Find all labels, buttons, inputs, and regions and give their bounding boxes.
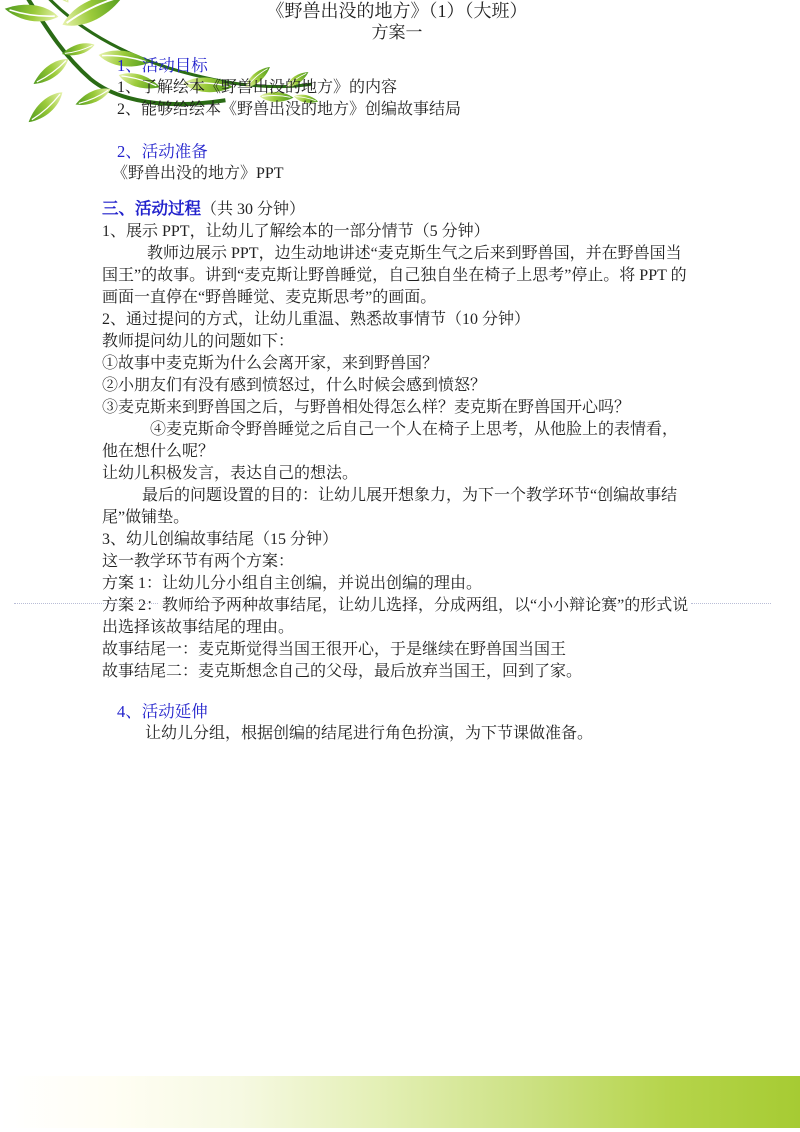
section-activity-extension: 4、活动延伸 让幼儿分组，根据创编的结尾进行角色扮演，为下节课做准备。 [117, 701, 692, 745]
step1-title: 1、展示 PPT，让幼儿了解绘本的一部分情节（5 分钟） [102, 221, 692, 243]
question-4: ④麦克斯命令野兽睡觉之后自己一个人在椅子上思考，从他脸上的表情看，他在想什么呢？ [102, 419, 692, 463]
process-heading-duration: （共 30 分钟） [201, 201, 305, 218]
step3-option-1: 方案 1：让幼儿分小组自主创编，并说出创编的理由。 [102, 573, 692, 595]
step2-title: 2、通过提问的方式，让幼儿重温、熟悉故事情节（10 分钟） [102, 309, 692, 331]
section-heading-preparation: 2、活动准备 [117, 141, 692, 163]
document-page: 《野兽出没的地方》（1）（大班） 方案一 1、活动目标 1、了解绘本《野兽出没的… [0, 0, 800, 1132]
goal-item-1: 1、了解绘本《野兽出没的地方》的内容 [117, 77, 692, 99]
step3-ending-2: 故事结尾二：麦克斯想念自己的父母，最后放弃当国王，回到了家。 [102, 661, 692, 683]
question-2: ②小朋友们有没有感到愤怒过，什么时候会感到愤怒？ [102, 375, 692, 397]
plan-subtitle: 方案一 [102, 22, 692, 44]
question-1: ①故事中麦克斯为什么会离开家，来到野兽国？ [102, 353, 692, 375]
section-activity-preparation: 2、活动准备 《野兽出没的地方》PPT [117, 141, 692, 185]
step3-ending-1: 故事结尾一：麦克斯觉得当国王很开心，于是继续在野兽国当国王 [102, 639, 692, 661]
step1-paragraph: 教师边展示 PPT，边生动地讲述“麦克斯生气之后来到野兽国，并在野兽国当国王”的… [102, 243, 692, 309]
preparation-item: 《野兽出没的地方》PPT [112, 163, 692, 185]
section-activity-process: 三、活动过程（共 30 分钟） 1、展示 PPT，让幼儿了解绘本的一部分情节（5… [102, 198, 692, 683]
question-3: ③麦克斯来到野兽国之后，与野兽相处得怎么样？麦克斯在野兽国开心吗？ [102, 397, 692, 419]
extension-item: 让幼儿分组，根据创编的结尾进行角色扮演，为下节课做准备。 [117, 723, 692, 745]
section-heading-process: 三、活动过程（共 30 分钟） [102, 198, 692, 221]
section-activity-goals: 1、活动目标 1、了解绘本《野兽出没的地方》的内容 2、能够给绘本《野兽出没的地… [117, 55, 692, 121]
step2-note-2: 最后的问题设置的目的：让幼儿展开想象力，为下一个教学环节“创编故事结尾”做铺垫。 [102, 485, 692, 529]
page-break-dotted-line-right [691, 603, 771, 604]
section-heading-extension: 4、活动延伸 [117, 701, 692, 723]
step2-intro: 教师提问幼儿的问题如下： [102, 331, 692, 353]
document-title: 《野兽出没的地方》（1）（大班） [102, 0, 692, 22]
bottom-gradient-bar [0, 1076, 800, 1128]
document-content: 《野兽出没的地方》（1）（大班） 方案一 1、活动目标 1、了解绘本《野兽出没的… [102, 0, 692, 745]
step3-line-1: 这一教学环节有两个方案： [102, 551, 692, 573]
goal-item-2: 2、能够给绘本《野兽出没的地方》创编故事结局 [117, 99, 692, 121]
step3-option-2: 方案 2：教师给予两种故事结尾，让幼儿选择，分成两组，以“小小辩论赛”的形式说出… [102, 595, 692, 639]
section-heading-goals: 1、活动目标 [117, 55, 692, 77]
step2-note-1: 让幼儿积极发言，表达自己的想法。 [102, 463, 692, 485]
step3-title: 3、幼儿创编故事结尾（15 分钟） [102, 529, 692, 551]
process-heading-text: 三、活动过程 [102, 199, 201, 218]
page-break-dotted-line-left [14, 603, 158, 604]
